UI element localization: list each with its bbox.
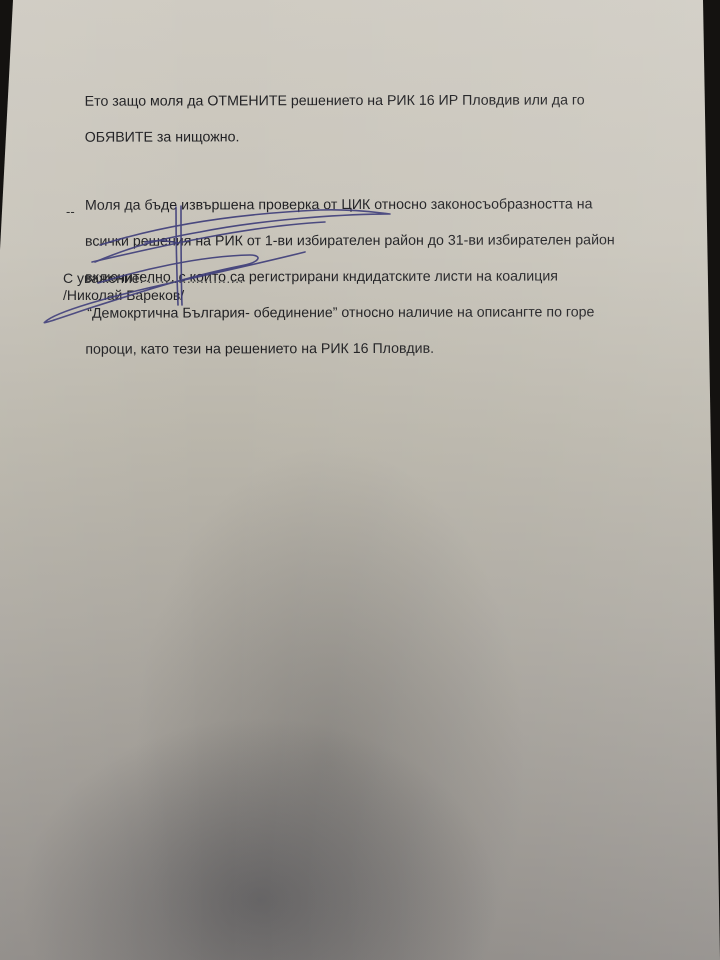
salutation: С уважение:: [63, 270, 143, 286]
text-line: пороци, като тези на решението на РИК 16…: [85, 339, 645, 358]
paragraph-request-check: Моля да бъде извършена проверка от ЦИК о…: [85, 177, 646, 376]
paper-edge: [707, 0, 720, 960]
text-line: включително, с които са регистрирани кнд…: [85, 267, 645, 286]
salutation-line: С уважение: ......................: [63, 270, 244, 287]
closing-block: С уважение: ...................... /Нико…: [63, 270, 244, 304]
signature-dots: ......................: [147, 270, 244, 286]
text-line: “Демокртична България- обединение” относ…: [85, 303, 645, 322]
separator: --: [66, 204, 75, 219]
text-line: всички решения на РИК от 1-ви избирателе…: [85, 231, 645, 250]
document-body: Ето защо моля да ОТМЕНИТЕ решението на Р…: [85, 73, 646, 390]
paragraph-request-annul: Ето защо моля да ОТМЕНИТЕ решението на Р…: [85, 73, 645, 164]
signature-icon: [0, 0, 720, 400]
signer-name: /Николай Бареков/: [63, 287, 244, 304]
text-line: ОБЯВИТЕ за нищожно.: [85, 127, 645, 146]
text-line: Ето защо моля да ОТМЕНИТЕ решението на Р…: [85, 91, 645, 110]
paper-sheet: Ето защо моля да ОТМЕНИТЕ решението на Р…: [0, 0, 720, 960]
text-line: Моля да бъде извършена проверка от ЦИК о…: [85, 195, 645, 214]
